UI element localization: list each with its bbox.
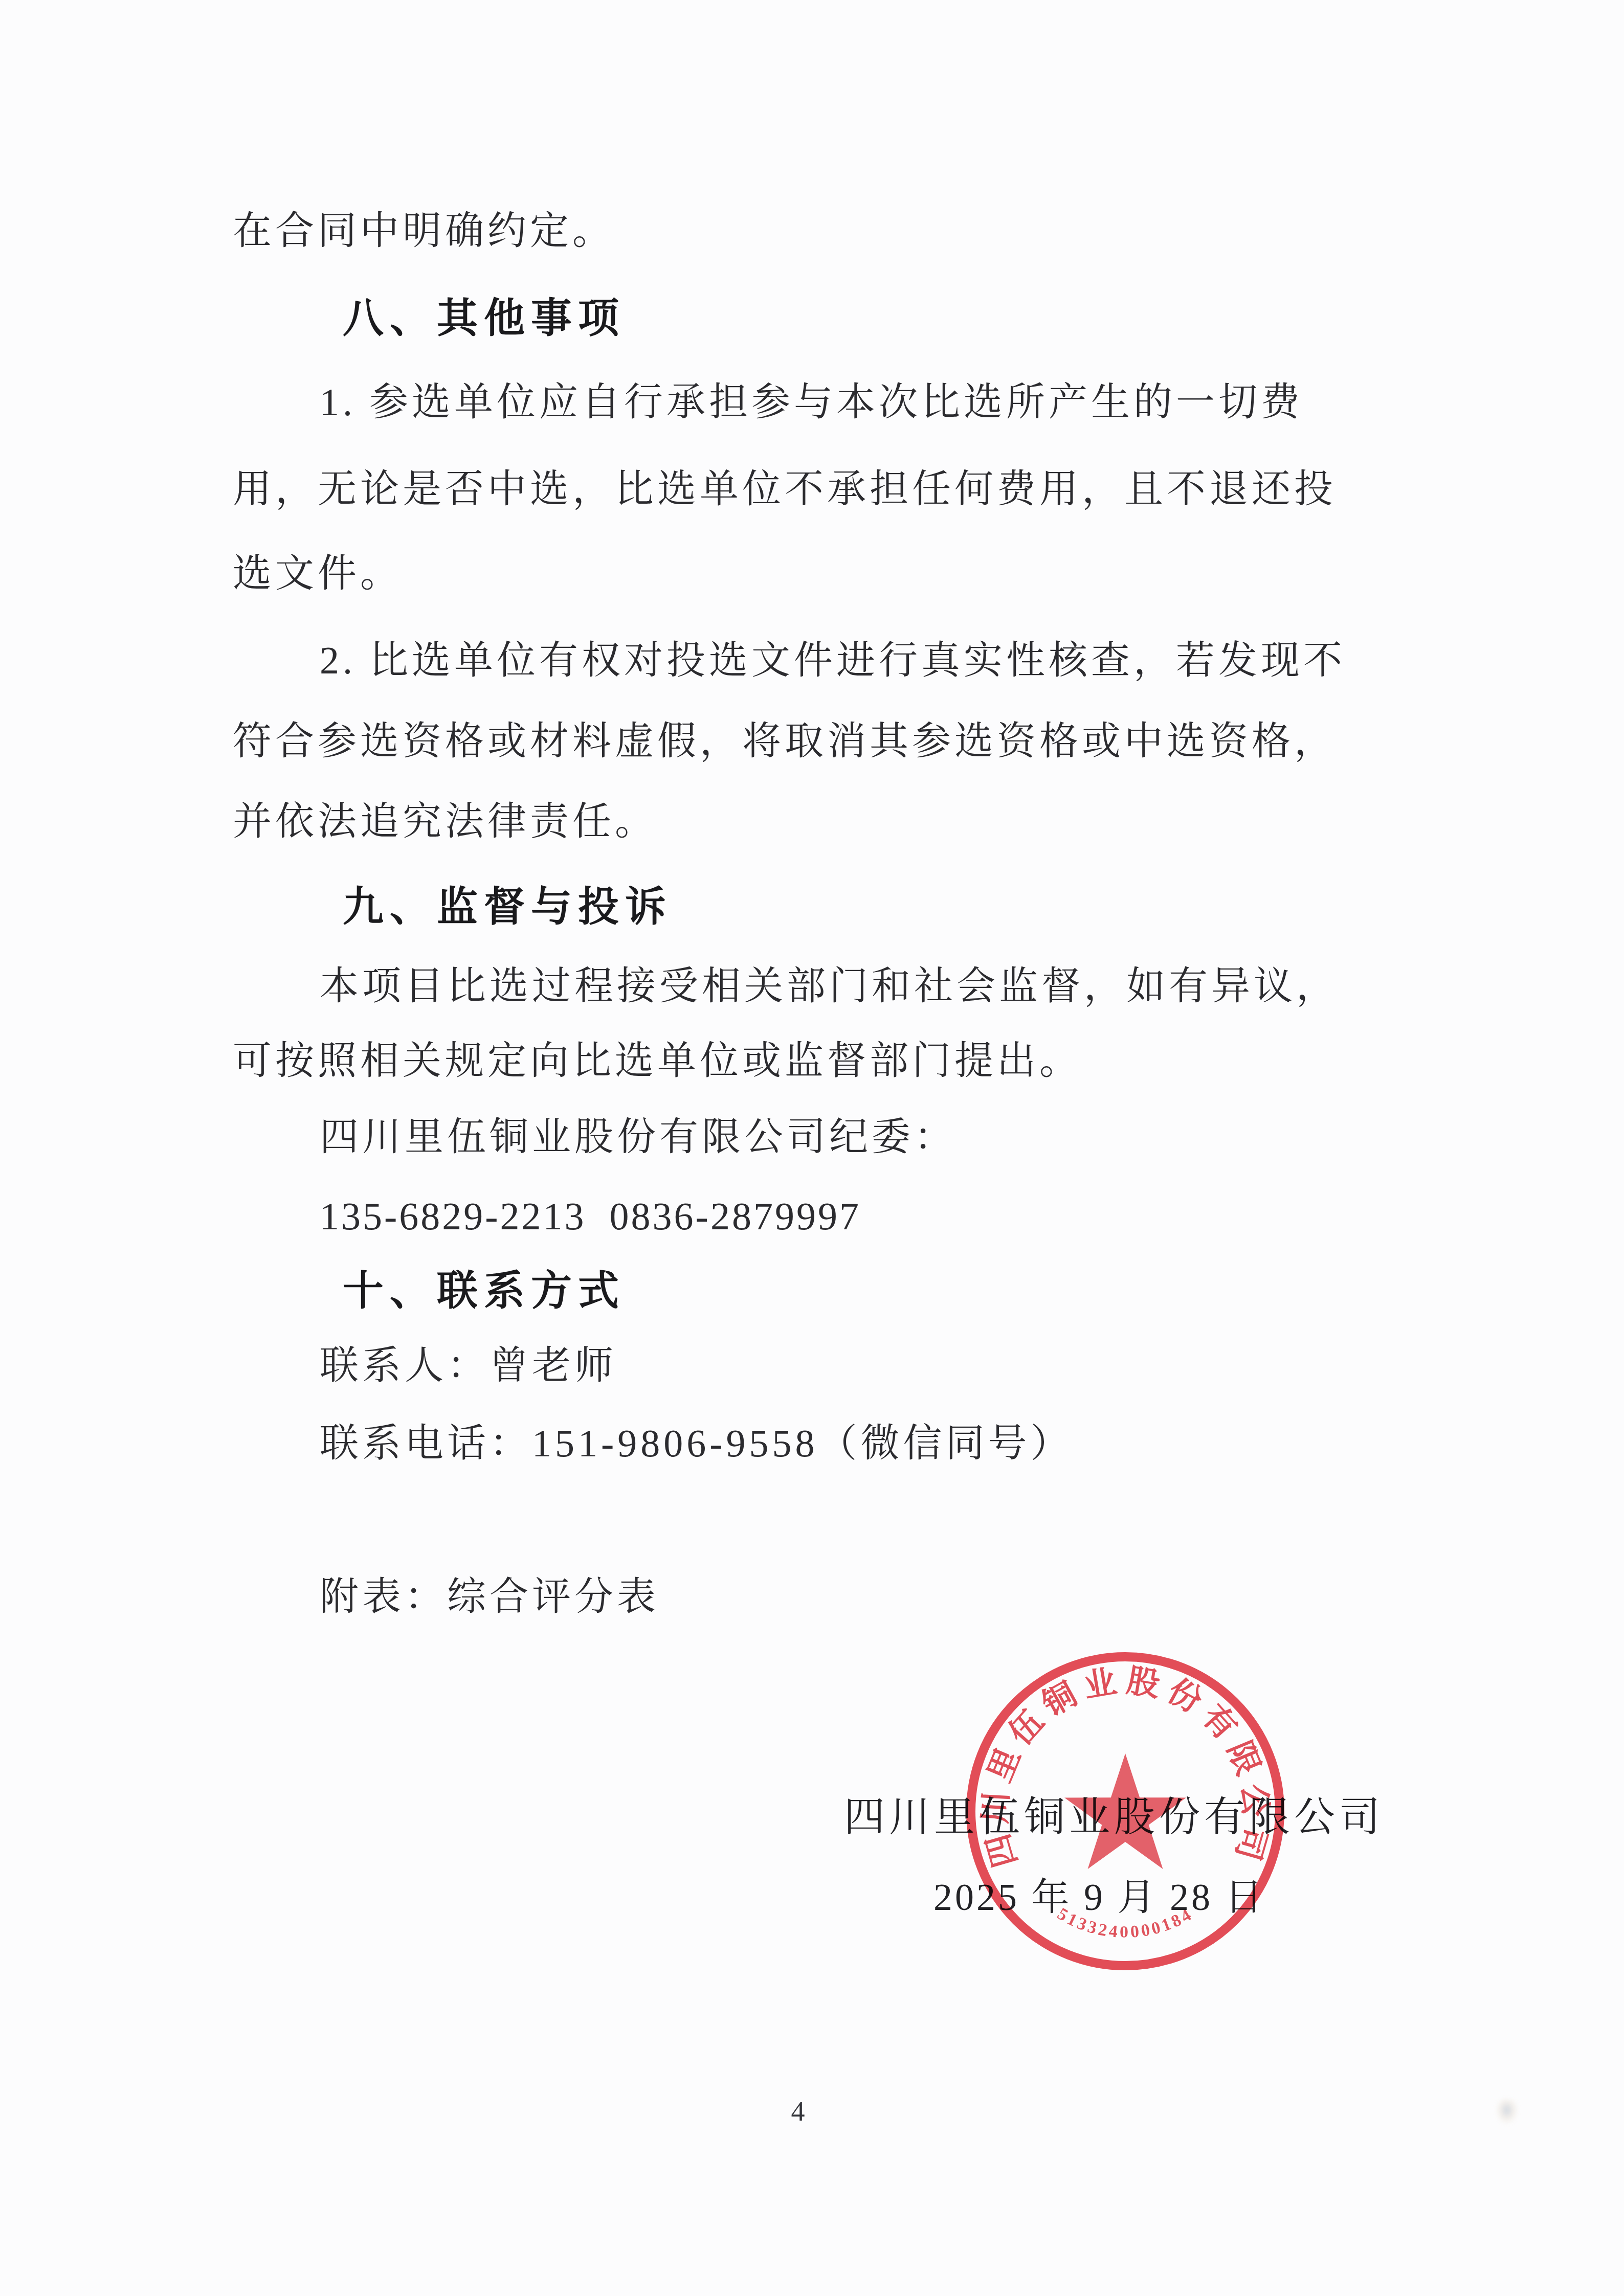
phone-numbers-line: 135-6829-2213 0836-2879997 <box>233 1195 1511 1238</box>
body-text-line: 选文件。 <box>233 552 1425 595</box>
company-seal-stamp: 四川里伍铜业股份有限公司 5133240000184 <box>956 1642 1294 1980</box>
contact-phone-line: 联系电话：151-9806-9558（微信同号） <box>233 1422 1511 1465</box>
body-text-line: 符合参选资格或材料虚假，将取消其参选资格或中选资格， <box>233 720 1425 763</box>
seal-serial-number: 5133240000184 <box>1054 1904 1197 1942</box>
contact-person-line: 联系人：曾老师 <box>233 1344 1511 1387</box>
scanned-document-page: 在合同中明确约定。 八、其他事项 1. 参选单位应自行承担参与本次比选所产生的一… <box>0 0 1624 2296</box>
body-text-line: 并依法追究法律责任。 <box>233 800 1425 843</box>
attachment-note-line: 附表：综合评分表 <box>233 1575 1511 1618</box>
discipline-committee-line: 四川里伍铜业股份有限公司纪委： <box>233 1116 1511 1159</box>
body-text-line: 2. 比选单位有权对投选文件进行真实性核查，若发现不 <box>233 639 1511 682</box>
star-icon <box>1064 1753 1186 1869</box>
page-number: 4 <box>767 2096 829 2127</box>
body-text-line: 本项目比选过程接受相关部门和社会监督，如有异议， <box>233 965 1511 1008</box>
section-heading-other-matters: 八、其他事项 <box>233 297 1534 340</box>
body-text-line: 用，无论是否中选，比选单位不承担任何费用，且不退还投 <box>233 468 1425 511</box>
body-text-line: 1. 参选单位应自行承担参与本次比选所产生的一切费 <box>233 381 1511 424</box>
scan-artifact-mark <box>1496 2099 1518 2124</box>
section-heading-supervision: 九、监督与投诉 <box>233 885 1534 928</box>
body-text-line: 在合同中明确约定。 <box>233 210 1425 253</box>
section-heading-contact: 十、联系方式 <box>233 1269 1534 1312</box>
body-text-line: 可按照相关规定向比选单位或监督部门提出。 <box>233 1040 1425 1083</box>
